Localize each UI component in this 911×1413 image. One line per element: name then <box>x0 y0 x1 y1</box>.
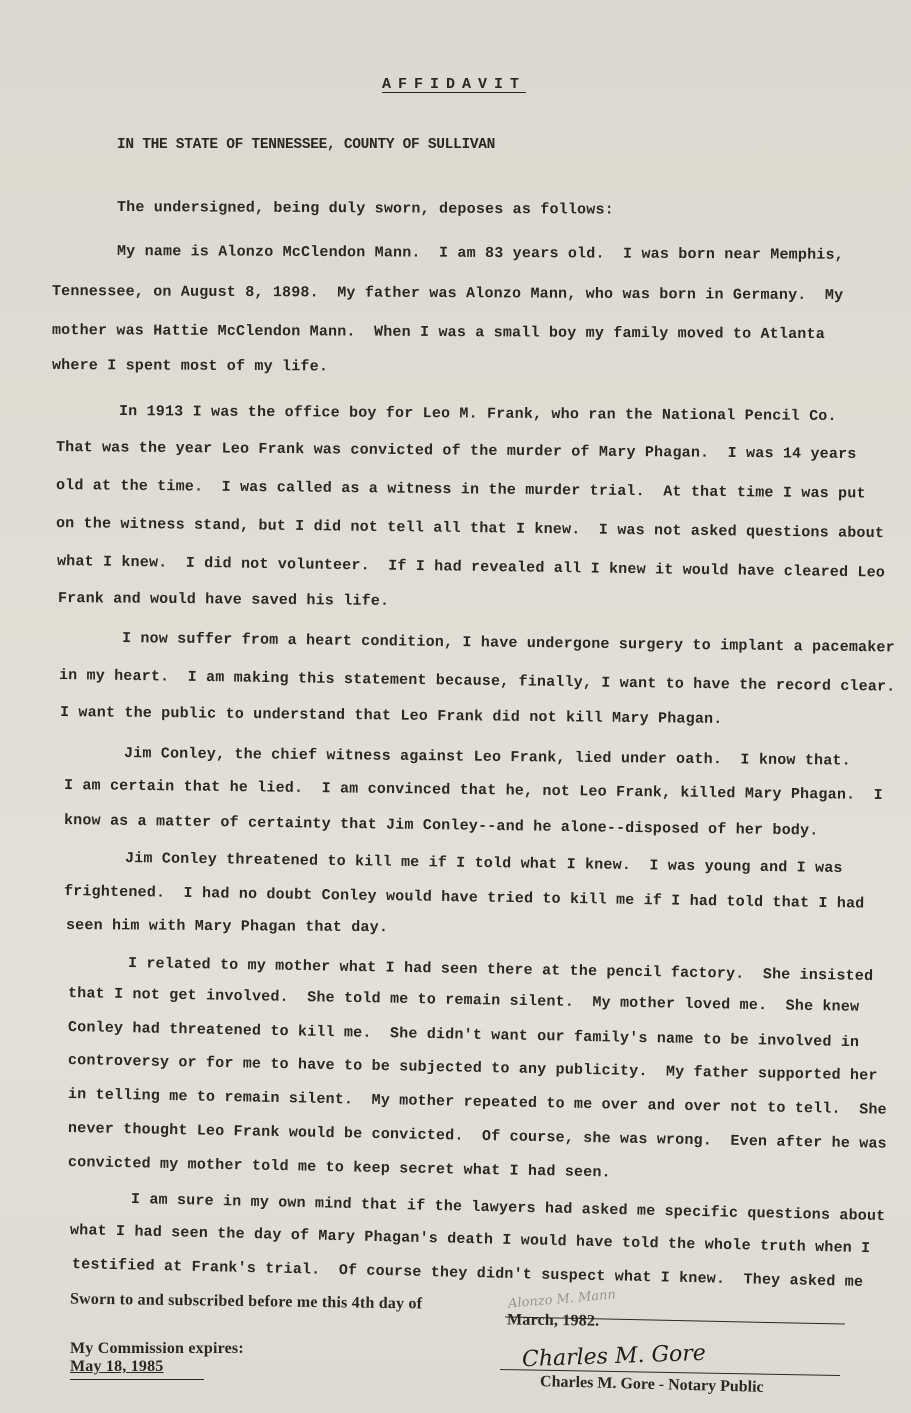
body-line: The undersigned, being duly sworn, depos… <box>117 199 614 219</box>
commission-underline <box>70 1379 204 1380</box>
body-line: never thought Leo Frank would be convict… <box>68 1120 887 1153</box>
affiant-signature-faint: Alonzo M. Mann <box>508 1287 617 1311</box>
body-line: Jim Conley, the chief witness against Le… <box>124 745 851 770</box>
body-line: mother was Hattie McClendon Mann. When I… <box>52 322 825 343</box>
body-line: That was the year Leo Frank was convicte… <box>56 439 857 463</box>
body-line: old at the time. I was called as a witne… <box>56 477 866 502</box>
body-line: seen him with Mary Phagan that day. <box>66 917 388 936</box>
body-line: I now suffer from a heart condition, I h… <box>122 630 895 656</box>
body-line: controversy or for me to have to be subj… <box>68 1052 878 1085</box>
body-line: what I knew. I did not volunteer. If I h… <box>57 553 885 582</box>
body-line: what I had seen the day of Mary Phagan's… <box>70 1222 871 1257</box>
body-line: Conley had threatened to kill me. She di… <box>68 1019 860 1051</box>
commission-label: My Commission expires: <box>70 1340 244 1358</box>
body-line: know as a matter of certainty that Jim C… <box>64 812 819 840</box>
body-line: I related to my mother what I had seen t… <box>128 955 874 985</box>
notary-signature: Charles M. Gore <box>522 1341 707 1372</box>
sworn-statement: Sworn to and subscribed before me this 4… <box>70 1291 422 1314</box>
body-line: Jim Conley threatened to kill me if I to… <box>125 850 843 877</box>
affidavit-page: AFFIDAVIT IN THE STATE OF TENNESSEE, COU… <box>0 0 911 1413</box>
notary-name: Charles M. Gore - Notary Public <box>540 1373 764 1397</box>
body-line: Frank and would have saved his life. <box>58 590 389 610</box>
body-line: that I not get involved. She told me to … <box>68 985 860 1016</box>
body-line: in my heart. I am making this statement … <box>59 667 896 696</box>
body-line: I am sure in my own mind that if the law… <box>131 1191 886 1225</box>
body-line: I want the public to understand that Leo… <box>60 704 723 728</box>
commission-date: May 18, 1985 <box>70 1358 164 1376</box>
body-line: frightened. I had no doubt Conley would … <box>64 883 865 913</box>
body-line: In 1913 I was the office boy for Leo M. … <box>119 403 837 425</box>
body-line: convicted my mother told me to keep secr… <box>68 1154 611 1181</box>
document-title: AFFIDAVIT <box>382 76 526 93</box>
body-line: in telling me to remain silent. My mothe… <box>68 1086 887 1119</box>
body-line: I am certain that he lied. I am convince… <box>64 777 883 804</box>
body-line: My name is Alonzo McClendon Mann. I am 8… <box>117 243 844 264</box>
sworn-date: March, 1982. <box>507 1311 600 1330</box>
body-line: where I spent most of my life. <box>52 357 328 375</box>
venue-line: IN THE STATE OF TENNESSEE, COUNTY OF SUL… <box>117 137 495 153</box>
body-line: testified at Frank's trial. Of course th… <box>72 1256 864 1291</box>
body-line: Tennessee, on August 8, 1898. My father … <box>52 283 843 304</box>
body-line: on the witness stand, but I did not tell… <box>56 515 884 542</box>
